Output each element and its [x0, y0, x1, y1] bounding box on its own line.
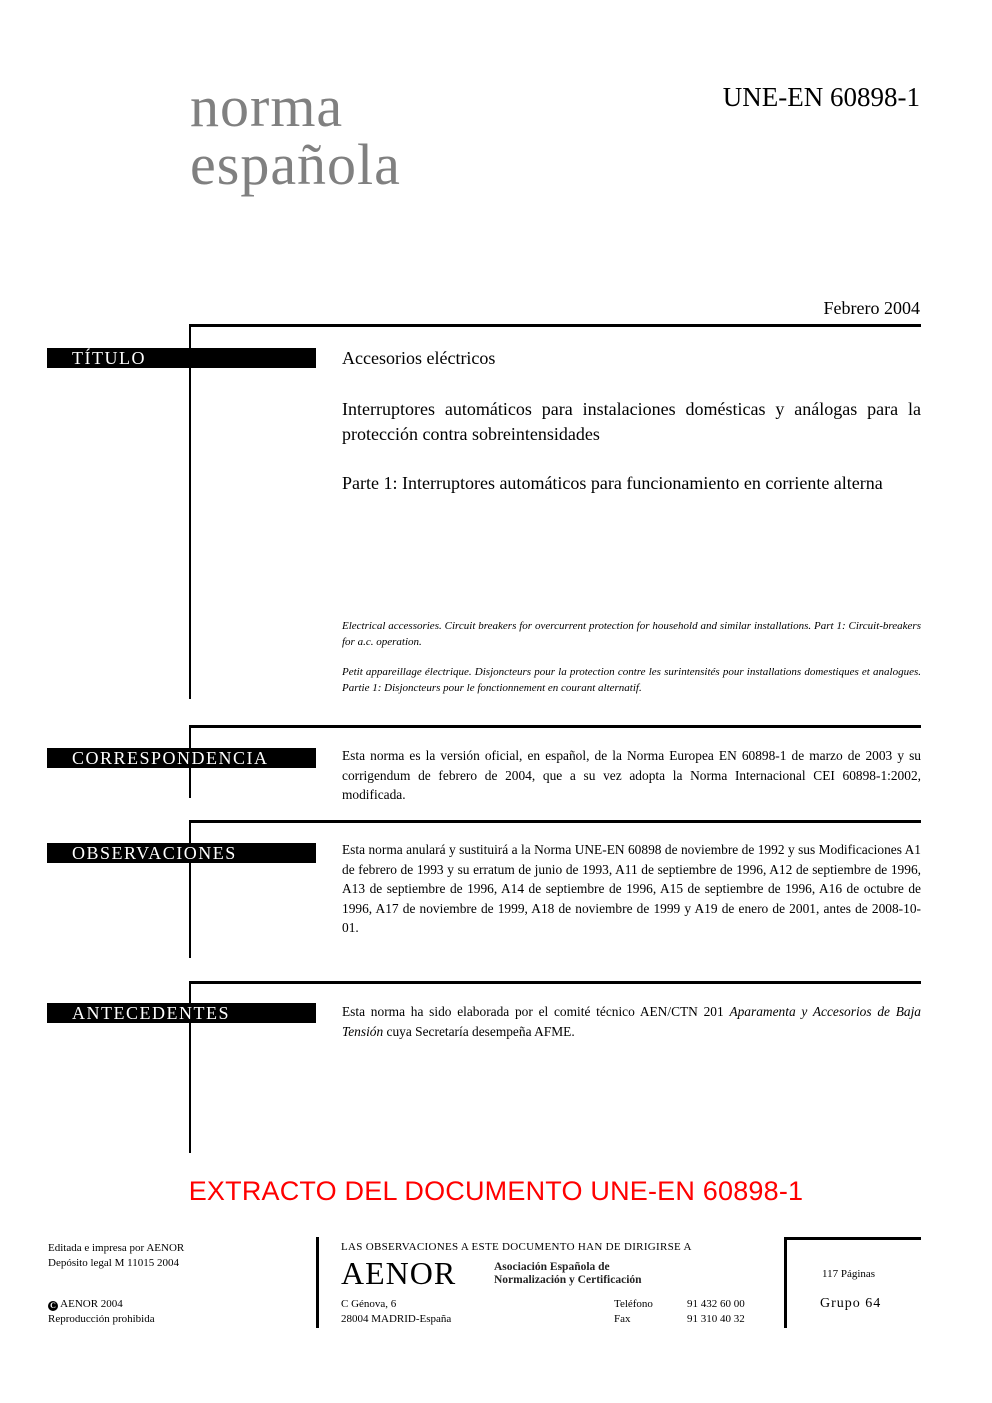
- contact-values: 91 432 60 00 91 310 40 32: [687, 1297, 745, 1327]
- address-line-2: 28004 MADRID-España: [341, 1312, 451, 1327]
- observaciones-text: Esta norma anulará y sustituirá a la Nor…: [342, 840, 921, 938]
- section-divider-titulo: [189, 324, 921, 327]
- footer-divider-right: [784, 1237, 787, 1328]
- aenor-address: C Génova, 6 28004 MADRID-España: [341, 1297, 451, 1327]
- extract-watermark: EXTRACTO DEL DOCUMENTO UNE-EN 60898-1: [0, 1176, 992, 1207]
- contact-labels: Teléfono Fax: [614, 1297, 653, 1327]
- fax-value: 91 310 40 32: [687, 1312, 745, 1327]
- observations-heading: LAS OBSERVACIONES A ESTE DOCUMENTO HAN D…: [341, 1240, 692, 1255]
- phone-value: 91 432 60 00: [687, 1297, 745, 1312]
- section-divider-antecedentes: [189, 981, 921, 984]
- section-label-observaciones: OBSERVACIONES: [47, 843, 316, 863]
- antecedentes-text: Esta norma ha sido elaborada por el comi…: [342, 1002, 921, 1041]
- brand-line-2: española: [190, 136, 401, 194]
- section-label-correspondencia: CORRESPONDENCIA: [47, 748, 316, 768]
- copyright-text: AENOR 2004: [60, 1298, 123, 1310]
- footer-copyright: C AENOR 2004 Reproducción prohibida: [48, 1297, 155, 1327]
- fax-label: Fax: [614, 1312, 653, 1327]
- title-english: Electrical accessories. Circuit breakers…: [342, 618, 921, 650]
- aenor-full-name: Asociación Española de Normalización y C…: [494, 1261, 642, 1287]
- brand-wordmark: norma española: [190, 78, 401, 194]
- aenor-name-line-2: Normalización y Certificación: [494, 1274, 642, 1287]
- publication-date: Febrero 2004: [640, 298, 920, 319]
- title-french: Petit appareillage électrique. Disjoncte…: [342, 664, 921, 696]
- footer-divider-left: [316, 1237, 319, 1328]
- footer-publisher: Editada e impresa por AENOR Depósito leg…: [48, 1241, 184, 1271]
- section-label-antecedentes: ANTECEDENTES: [47, 1003, 316, 1023]
- aenor-name-line-1: Asociación Española de: [494, 1261, 642, 1274]
- section-rule-titulo: [189, 324, 191, 699]
- aenor-logo: AENOR: [341, 1257, 456, 1289]
- reproduction-notice: Reproducción prohibida: [48, 1312, 155, 1327]
- section-divider-correspondencia: [189, 725, 921, 728]
- standard-code: UNE-EN 60898-1: [640, 82, 920, 112]
- title-sub: Interruptores automáticos para instalaci…: [342, 397, 921, 447]
- antecedentes-text-after: cuya Secretaría desempeña AFME.: [383, 1024, 575, 1039]
- correspondencia-text: Esta norma es la versión oficial, en esp…: [342, 746, 921, 805]
- legal-deposit: Depósito legal M 11015 2004: [48, 1256, 184, 1271]
- title-main: Accesorios eléctricos: [342, 346, 921, 371]
- brand-line-1: norma: [190, 78, 401, 136]
- footer-top-rule: [784, 1237, 921, 1240]
- address-line-1: C Génova, 6: [341, 1297, 451, 1312]
- phone-label: Teléfono: [614, 1297, 653, 1312]
- title-part: Parte 1: Interruptores automáticos para …: [342, 471, 921, 496]
- page-count: 117 Páginas: [822, 1267, 875, 1282]
- copyright-icon: C: [48, 1301, 58, 1311]
- section-divider-observaciones: [189, 820, 921, 823]
- section-label-titulo: TÍTULO: [47, 348, 316, 368]
- antecedentes-text-before: Esta norma ha sido elaborada por el comi…: [342, 1004, 729, 1019]
- price-group: Grupo 64: [820, 1296, 881, 1312]
- section-rule-observaciones: [189, 820, 191, 958]
- edited-by: Editada e impresa por AENOR: [48, 1241, 184, 1256]
